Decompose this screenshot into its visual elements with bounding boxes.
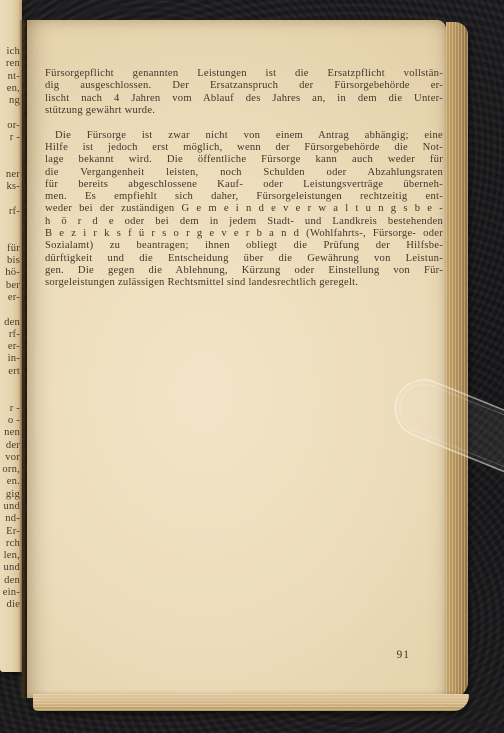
fragment-line: ng xyxy=(0,95,20,107)
scanned-book-page: ichrennt-en,ngor-r -nerks-rf-fürbishö-be… xyxy=(0,0,504,733)
text-line: Sozialamt) zu beantragen; ihnen obliegt … xyxy=(45,240,443,252)
fragment-line: hö- xyxy=(0,267,20,279)
text-line: lischt nach 4 Jahren vom Ablauf des Jahr… xyxy=(45,93,443,105)
fragment-line: die xyxy=(0,599,20,611)
text-line: dig ausgeschlossen. Der Ersatzanspruch d… xyxy=(45,80,443,92)
fragment-line: or- xyxy=(0,120,20,132)
text-line: men. Es empfiehlt sich daher, Fürsorgele… xyxy=(45,191,443,203)
fragment-line: ren xyxy=(0,58,20,70)
text-block: Fürsorgepflicht genannten Leistungen ist… xyxy=(45,68,443,290)
fragment-line: den xyxy=(0,317,20,329)
fragment-line: für xyxy=(0,243,20,255)
fragment-line: nen xyxy=(0,427,20,439)
fragment-line: nd- xyxy=(0,513,20,525)
fragment-line: bis xyxy=(0,255,20,267)
fragment-line: ner xyxy=(0,169,20,181)
fragment-line: vor xyxy=(0,452,20,464)
fragment-line xyxy=(0,218,20,230)
text-line: die Vergangenheit leisten, noch Schulden… xyxy=(45,167,443,179)
fragment-line: ert xyxy=(0,366,20,378)
fragment-line: und xyxy=(0,501,20,513)
fragment-line xyxy=(0,144,20,156)
fragment-line: en. xyxy=(0,476,20,488)
fragment-line: r - xyxy=(0,132,20,144)
fragment-line: r - xyxy=(0,403,20,415)
fragment-line: en, xyxy=(0,83,20,95)
fragment-line xyxy=(0,304,20,316)
fragment-line: o - xyxy=(0,415,20,427)
fragment-line: ein- xyxy=(0,587,20,599)
book-bottom-edge xyxy=(33,694,469,711)
fragment-line: ks- xyxy=(0,181,20,193)
fragment-line: nt- xyxy=(0,71,20,83)
fragment-line xyxy=(0,230,20,242)
text-line: für bereits abgeschlossene Kauf- oder Le… xyxy=(45,179,443,191)
text-line: lage bekannt wird. Die öffentliche Fürso… xyxy=(45,154,443,166)
fragment-line: den xyxy=(0,575,20,587)
paragraph: Fürsorgepflicht genannten Leistungen ist… xyxy=(45,68,443,117)
fragment-line: rch xyxy=(0,538,20,550)
left-page-fragments: ichrennt-en,ngor-r -nerks-rf-fürbishö-be… xyxy=(0,46,20,612)
fragment-line: und xyxy=(0,562,20,574)
fragment-line: gig xyxy=(0,489,20,501)
fragment-line xyxy=(0,107,20,119)
fragment-line: in- xyxy=(0,353,20,365)
fragment-line: ich xyxy=(0,46,20,58)
fragment-line xyxy=(0,194,20,206)
text-line: dürftigkeit und die Entscheidung über di… xyxy=(45,253,443,265)
fragment-line: Er- xyxy=(0,526,20,538)
text-line: weder bei der zuständigen G e m e i n d … xyxy=(45,203,443,215)
text-line: h ö r d e oder bei dem in jedem Stadt- u… xyxy=(45,216,443,228)
fragment-line: rf- xyxy=(0,329,20,341)
fragment-line xyxy=(0,390,20,402)
fragment-line: len, xyxy=(0,550,20,562)
fragment-line: orn, xyxy=(0,464,20,476)
text-line: gen. Die gegen die Ablehnung, Kürzung od… xyxy=(45,265,443,277)
glass-bookmark-icon xyxy=(383,338,504,498)
fragment-line: er- xyxy=(0,292,20,304)
paragraph: Die Fürsorge ist zwar nicht von einem An… xyxy=(45,130,443,290)
fragment-line: ber xyxy=(0,280,20,292)
fragment-line: rf- xyxy=(0,206,20,218)
fragment-line: der xyxy=(0,440,20,452)
fragment-line: er- xyxy=(0,341,20,353)
text-line: sorgeleistungen zulässigen Rechtsmittel … xyxy=(45,277,443,289)
fragment-line xyxy=(0,378,20,390)
text-line: Die Fürsorge ist zwar nicht von einem An… xyxy=(45,130,443,142)
text-line: B e z i r k s f ü r s o r g e v e r b a … xyxy=(45,228,443,240)
text-line: stützung gewährt wurde. xyxy=(45,105,443,117)
text-line: Fürsorgepflicht genannten Leistungen ist… xyxy=(45,68,443,80)
page-number: 91 xyxy=(397,649,411,661)
text-line: Hilfe ist jedoch erst möglich, wenn der … xyxy=(45,142,443,154)
fragment-line xyxy=(0,157,20,169)
